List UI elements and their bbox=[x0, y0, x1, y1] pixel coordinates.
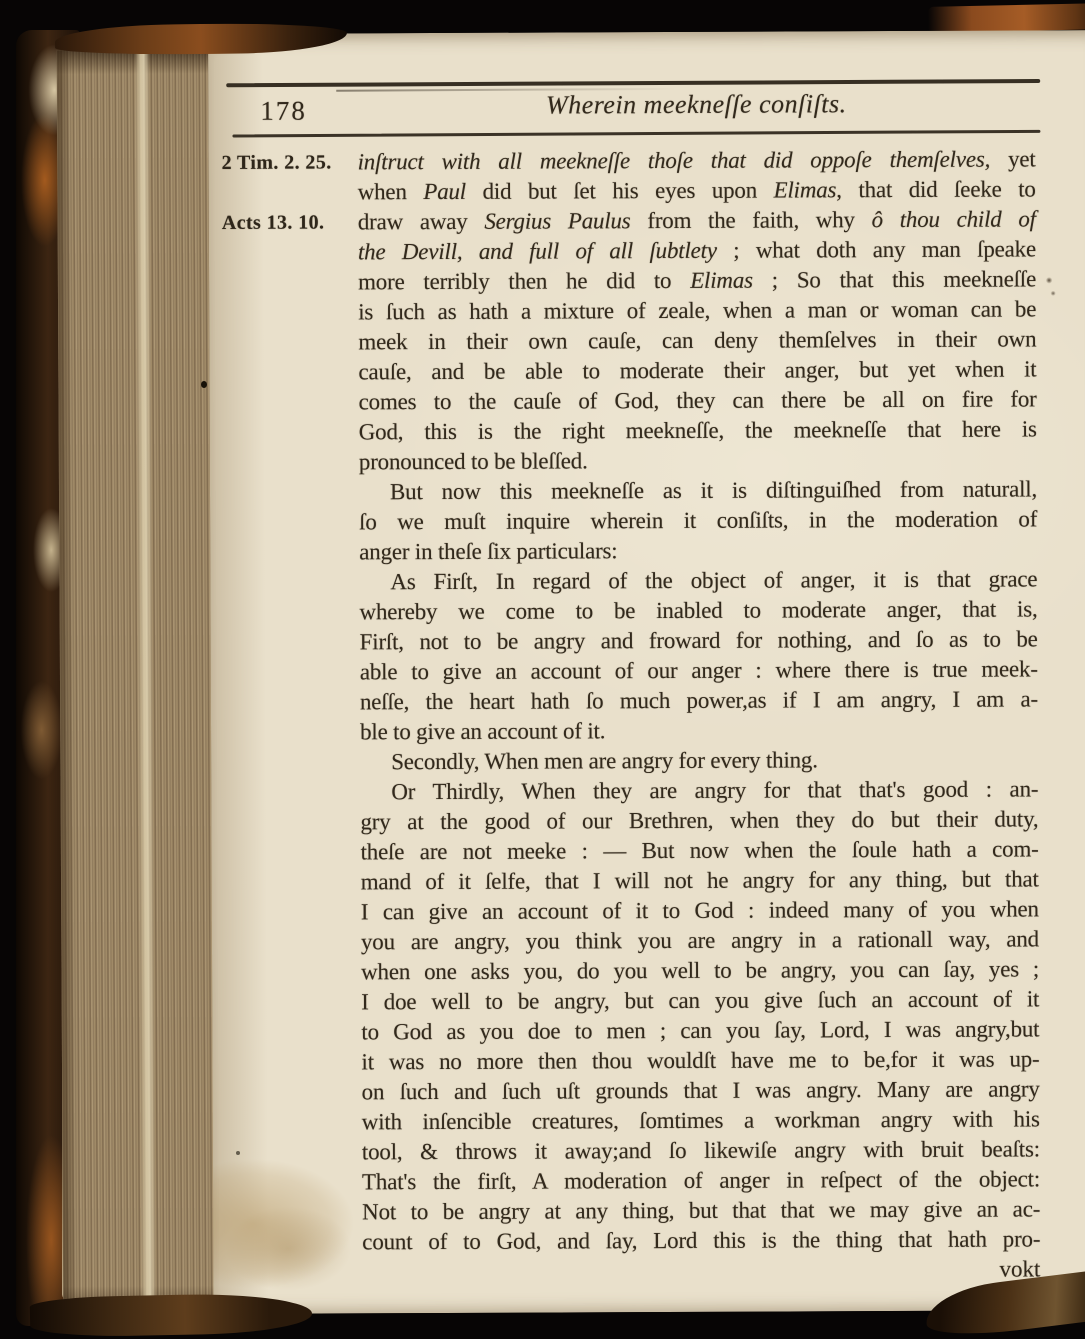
text-segment: As Firſt, In regard of the object of ang… bbox=[390, 566, 1037, 594]
printed-area: 178 Wherein meekneſſe conſiſts. inſtruct… bbox=[208, 30, 1085, 1314]
header-rule-bottom bbox=[232, 130, 1040, 138]
text-segment: Or Thirdly, When they are angry for that… bbox=[391, 776, 1038, 804]
text-segment: gry at the good of our Brethren, when th… bbox=[360, 806, 1038, 834]
text-segment: you are angry, you think you are angry i… bbox=[361, 926, 1039, 954]
text-segment: from the faith, why bbox=[630, 207, 871, 233]
catchword: vokt bbox=[362, 1254, 1040, 1287]
text-line: But now this meekneſſe as it is diſtingu… bbox=[359, 474, 1037, 507]
text-segment: Firſt, not to be angry and froward for n… bbox=[360, 626, 1038, 654]
text-segment: But now this meekneſſe as it is diſtingu… bbox=[390, 476, 1037, 504]
text-segment: more terribly then he did to bbox=[358, 268, 690, 294]
text-line: when Paul did but ſet his eyes upon Elim… bbox=[358, 174, 1036, 207]
text-line: you are angry, you think you are angry i… bbox=[361, 924, 1039, 957]
text-line: cauſe, and be able to moderate their ang… bbox=[358, 354, 1036, 387]
text-segment: That's the firſt, A moderation of anger … bbox=[362, 1166, 1040, 1194]
text-segment: to God as you doe to men ; can you ſay, … bbox=[361, 1016, 1039, 1044]
text-segment: it was no more then thou wouldſt have me… bbox=[361, 1046, 1039, 1074]
text-segment: theſe are not meeke : — But now when the… bbox=[361, 836, 1039, 864]
text-line: meek in their own cauſe, can deny themſe… bbox=[358, 324, 1036, 357]
text-segment: comes to the cauſe of God, they can ther… bbox=[359, 386, 1037, 414]
text-segment-italic: Elimas bbox=[774, 177, 837, 202]
text-segment: is ſuch as hath a mixture of zeale, when… bbox=[358, 296, 1036, 324]
text-segment: count of to God, and ſay, Lord this is t… bbox=[362, 1226, 1040, 1254]
text-line: ſo we muſt inquire wherein it conſiſts, … bbox=[359, 504, 1037, 537]
text-segment-italic: inſtruct with all meekneſſe thoſe that d… bbox=[358, 147, 991, 175]
page-edge-stack bbox=[57, 50, 222, 1317]
text-line: anger in theſe ſix particulars: bbox=[359, 534, 1037, 567]
text-segment: pronounced to be bleſſed. bbox=[359, 448, 588, 474]
text-segment-italic: Sergius Paulus bbox=[484, 208, 630, 234]
page-number: 178 bbox=[260, 96, 307, 127]
text-segment: did but ſet his eyes upon bbox=[466, 178, 774, 204]
text-segment-italic: the Devill, and full of all ſubtlety bbox=[358, 238, 717, 265]
text-line: count of to God, and ſay, Lord this is t… bbox=[362, 1224, 1040, 1257]
text-segment: ble to give an account of it. bbox=[360, 718, 605, 744]
text-line: gry at the good of our Brethren, when th… bbox=[360, 804, 1038, 837]
text-line: with inſencible creatures, ſomtimes a wo… bbox=[362, 1104, 1040, 1137]
text-segment: ; what doth any man ſpeake bbox=[717, 236, 1036, 262]
text-line: to God as you doe to men ; can you ſay, … bbox=[361, 1014, 1039, 1047]
text-segment: ſo we muſt inquire wherein it conſiſts, … bbox=[359, 506, 1037, 534]
text-line: ble to give an account of it. bbox=[360, 714, 1038, 747]
text-segment: mand of it ſelfe, that I will not he ang… bbox=[361, 866, 1039, 894]
text-line: I doe well to be angry, but can you give… bbox=[361, 984, 1039, 1017]
text-segment-italic: Elimas bbox=[690, 268, 753, 293]
text-line: Not to be angry at any thing, but that t… bbox=[362, 1194, 1040, 1227]
text-segment: neſſe, the heart hath ſo much power,as i… bbox=[360, 686, 1038, 714]
cover-strip-top-right bbox=[928, 3, 1085, 33]
text-line: comes to the cauſe of God, they can ther… bbox=[359, 384, 1037, 417]
text-segment: Not to be angry at any thing, but that t… bbox=[362, 1196, 1040, 1224]
text-segment: ; So that this meekneſſe bbox=[753, 266, 1036, 292]
text-line: That's the firſt, A moderation of anger … bbox=[362, 1164, 1040, 1197]
text-line: neſſe, the heart hath ſo much power,as i… bbox=[360, 684, 1038, 717]
text-line: theſe are not meeke : — But now when the… bbox=[361, 834, 1039, 867]
margin-note: 2 Tim. 2. 25. bbox=[221, 147, 353, 178]
text-segment-italic: ô thou child of bbox=[872, 206, 1036, 232]
text-segment: draw away bbox=[358, 209, 485, 235]
text-line: pronounced to be bleſſed. bbox=[359, 444, 1037, 477]
text-segment: tool, & throws it away;and ſo likewiſe a… bbox=[362, 1136, 1040, 1164]
text-segment: I doe well to be angry, but can you give… bbox=[361, 986, 1039, 1014]
text-segment: whereby we come to be inabled to moderat… bbox=[359, 596, 1037, 624]
text-line: Firſt, not to be angry and froward for n… bbox=[360, 624, 1038, 657]
text-line: more terribly then he did to Elimas ; So… bbox=[358, 264, 1036, 297]
text-line: whereby we come to be inabled to moderat… bbox=[359, 594, 1037, 627]
text-line: Or Thirdly, When they are angry for that… bbox=[360, 774, 1038, 807]
text-line: tool, & throws it away;and ſo likewiſe a… bbox=[362, 1134, 1040, 1167]
text-line: on ſuch and ſuch uſt grounds that I was … bbox=[362, 1074, 1040, 1107]
text-line: draw away Sergius Paulus from the faith,… bbox=[358, 204, 1036, 237]
margin-note: Acts 13. 10. bbox=[222, 207, 354, 238]
text-line: inſtruct with all meekneſſe thoſe that d… bbox=[357, 144, 1035, 177]
text-line: able to give an account of our anger : w… bbox=[360, 654, 1038, 687]
text-segment: cauſe, and be able to moderate their ang… bbox=[358, 356, 1036, 384]
text-segment: yet bbox=[990, 146, 1035, 171]
text-segment: I can give an account of it to God : ind… bbox=[361, 896, 1039, 924]
text-line: it was no more then thou wouldſt have me… bbox=[361, 1044, 1039, 1077]
text-segment: when one asks you, do you well to be ang… bbox=[361, 956, 1039, 984]
ink-speck bbox=[236, 1151, 240, 1155]
text-line: As Firſt, In regard of the object of ang… bbox=[359, 564, 1037, 597]
book-page: 178 Wherein meekneſſe conſiſts. inſtruct… bbox=[208, 30, 1085, 1314]
text-segment: , that did ſeeke to bbox=[836, 176, 1036, 202]
text-line: the Devill, and full of all ſubtlety ; w… bbox=[358, 234, 1036, 267]
running-title: Wherein meekneſſe conſiſts. bbox=[357, 88, 1035, 121]
ink-speck bbox=[201, 381, 207, 388]
text-segment: on ſuch and ſuch uſt grounds that I was … bbox=[362, 1076, 1040, 1104]
text-line: is ſuch as hath a mixture of zeale, when… bbox=[358, 294, 1036, 327]
text-segment: able to give an account of our anger : w… bbox=[360, 656, 1038, 684]
header-rule-top bbox=[226, 79, 1040, 87]
text-block: inſtruct with all meekneſſe thoſe that d… bbox=[357, 144, 1040, 1257]
text-segment: when bbox=[358, 179, 424, 204]
text-segment: God, this is the right meekneſſe, the me… bbox=[359, 416, 1037, 444]
text-line: God, this is the right meekneſſe, the me… bbox=[359, 414, 1037, 447]
text-line: Secondly, When men are angry for every t… bbox=[360, 744, 1038, 777]
text-line: I can give an account of it to God : ind… bbox=[361, 894, 1039, 927]
text-segment: meek in their own cauſe, can deny themſe… bbox=[358, 326, 1036, 354]
text-line: when one asks you, do you well to be ang… bbox=[361, 954, 1039, 987]
text-segment-italic: Paul bbox=[423, 179, 466, 204]
text-segment: anger in theſe ſix particulars: bbox=[359, 538, 617, 564]
text-segment: with inſencible creatures, ſomtimes a wo… bbox=[362, 1106, 1040, 1134]
leather-footcap-bottom-left bbox=[30, 1292, 313, 1338]
text-segment: Secondly, When men are angry for every t… bbox=[391, 747, 818, 774]
text-line: mand of it ſelfe, that I will not he ang… bbox=[361, 864, 1039, 897]
